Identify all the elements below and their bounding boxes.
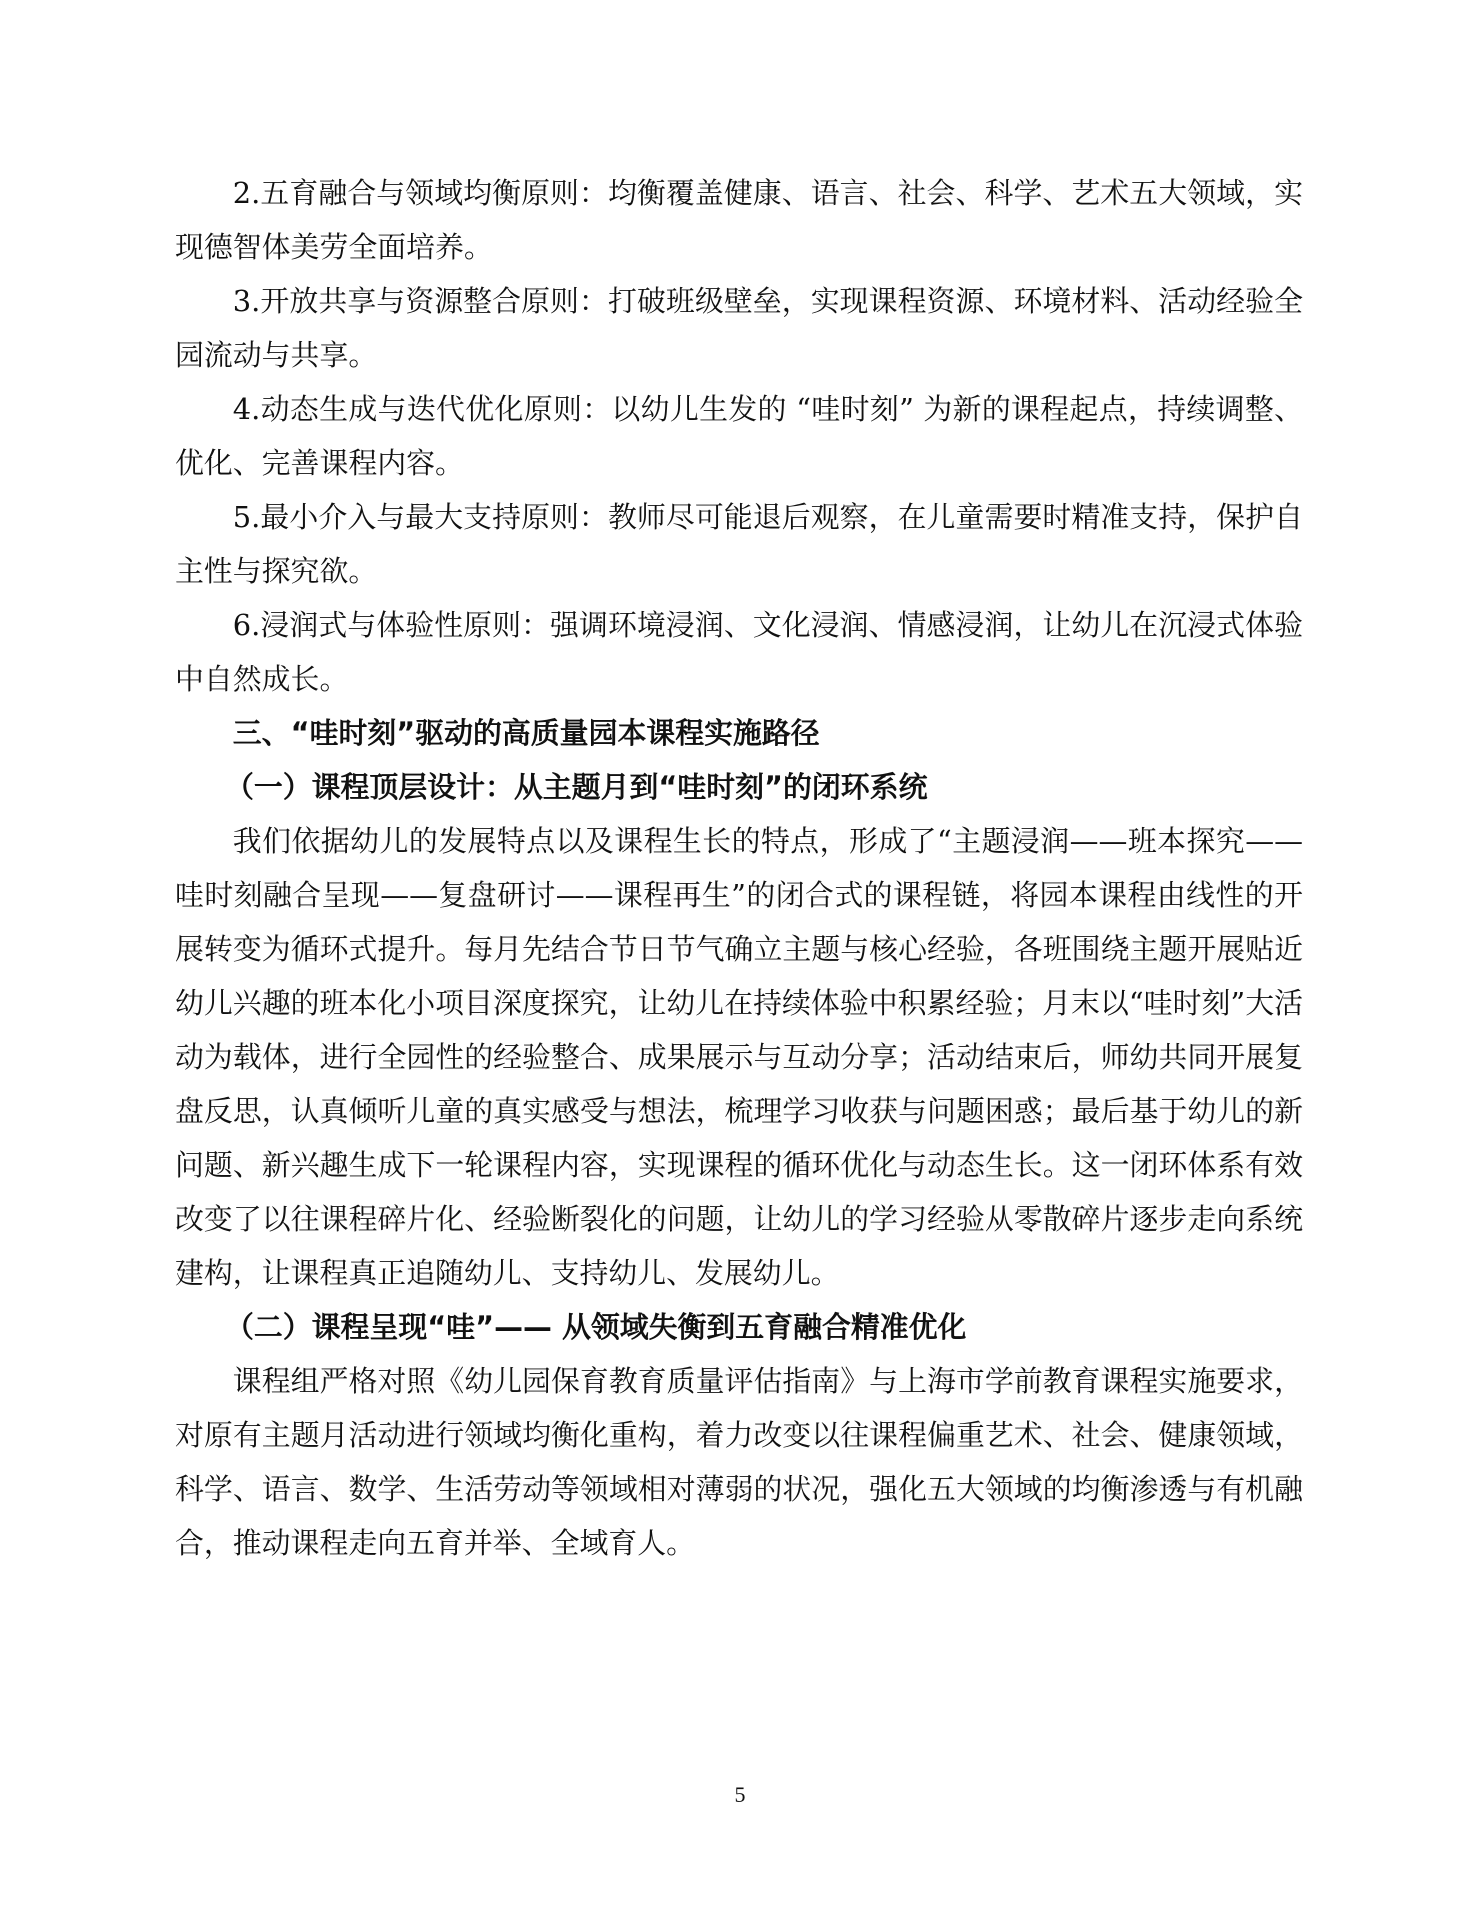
document-page: 2.五育融合与领域均衡原则：均衡覆盖健康、语言、社会、科学、艺术五大领域，实现德… (175, 166, 1303, 1570)
subsection-1-heading: （一）课程顶层设计：从主题月到“哇时刻”的闭环系统 (175, 760, 1303, 814)
subsection-2-body: 课程组严格对照《幼儿园保育教育质量评估指南》与上海市学前教育课程实施要求，对原有… (175, 1354, 1303, 1570)
subsection-1-body: 我们依据幼儿的发展特点以及课程生长的特点，形成了“主题浸润——班本探究——哇时刻… (175, 814, 1303, 1300)
principle-paragraph-4: 4.动态生成与迭代优化原则：以幼儿生发的 “哇时刻” 为新的课程起点，持续调整、… (175, 382, 1303, 490)
subsection-2-heading: （二）课程呈现“哇”—— 从领域失衡到五育融合精准优化 (175, 1300, 1303, 1354)
principle-paragraph-6: 6.浸润式与体验性原则：强调环境浸润、文化浸润、情感浸润，让幼儿在沉浸式体验中自… (175, 598, 1303, 706)
principle-paragraph-2: 2.五育融合与领域均衡原则：均衡覆盖健康、语言、社会、科学、艺术五大领域，实现德… (175, 166, 1303, 274)
page-number: 5 (0, 1782, 1480, 1808)
section-heading: 三、“哇时刻”驱动的高质量园本课程实施路径 (175, 706, 1303, 760)
principle-paragraph-5: 5.最小介入与最大支持原则：教师尽可能退后观察，在儿童需要时精准支持，保护自主性… (175, 490, 1303, 598)
principle-paragraph-3: 3.开放共享与资源整合原则：打破班级壁垒，实现课程资源、环境材料、活动经验全园流… (175, 274, 1303, 382)
